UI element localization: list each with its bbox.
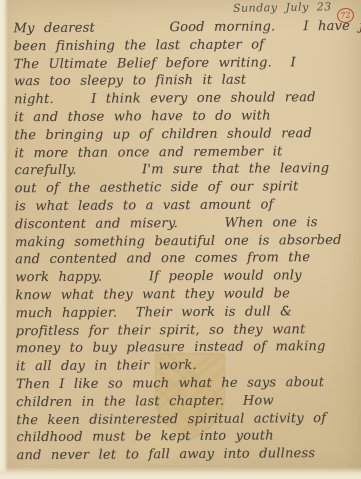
- letter-line: The Ultimate Belief before writing. I: [14, 53, 355, 73]
- letter-line: know what they want they would be: [15, 285, 356, 305]
- letter-line: Then I like so much what he says about: [16, 374, 357, 394]
- letter-line: it more than once and remember it: [14, 142, 355, 162]
- letter-line: My dearest Good morning. I have just: [13, 18, 354, 38]
- letter-line: it all day in their work.: [16, 356, 357, 376]
- letter-line: night. I think every one should read: [14, 89, 355, 109]
- letter-line: carefully. I'm sure that the leaving: [14, 160, 355, 180]
- letter-line: and contented and one comes from the: [15, 249, 356, 269]
- letter-line: been finishing the last chapter of: [14, 36, 355, 56]
- letter-line: the keen disinterested spiritual activit…: [16, 409, 357, 429]
- letter-line: profitless for their spirit, so they wan…: [16, 320, 357, 340]
- letter-line: discontent and misery. When one is: [15, 214, 356, 234]
- scan-edge-left: [0, 0, 8, 479]
- letter-line: was too sleepy to finish it last: [14, 71, 355, 91]
- letter-line: money to buy pleasure instead of making: [16, 338, 357, 358]
- letter-scan: Sunday July 23 72 My dearest Good mornin…: [0, 0, 361, 479]
- letter-line: out of the aesthetic side of our spirit: [15, 178, 356, 198]
- letter-line: and never let to fall away into dullness: [16, 445, 357, 465]
- letter-body: My dearest Good morning. I have just bee…: [13, 18, 357, 465]
- letter-line: the bringing up of children should read: [14, 125, 355, 145]
- letter-line: much happier. Their work is dull &: [15, 303, 356, 323]
- letter-line: making something beautiful one is absorb…: [15, 231, 356, 251]
- letter-line: work happy. If people would only: [15, 267, 356, 287]
- letter-line: it and those who have to do with: [14, 107, 355, 127]
- letter-line: is what leads to a vast amount of: [15, 196, 356, 216]
- scan-edge-bottom: [0, 467, 361, 479]
- date-line: Sunday July 23: [233, 0, 338, 15]
